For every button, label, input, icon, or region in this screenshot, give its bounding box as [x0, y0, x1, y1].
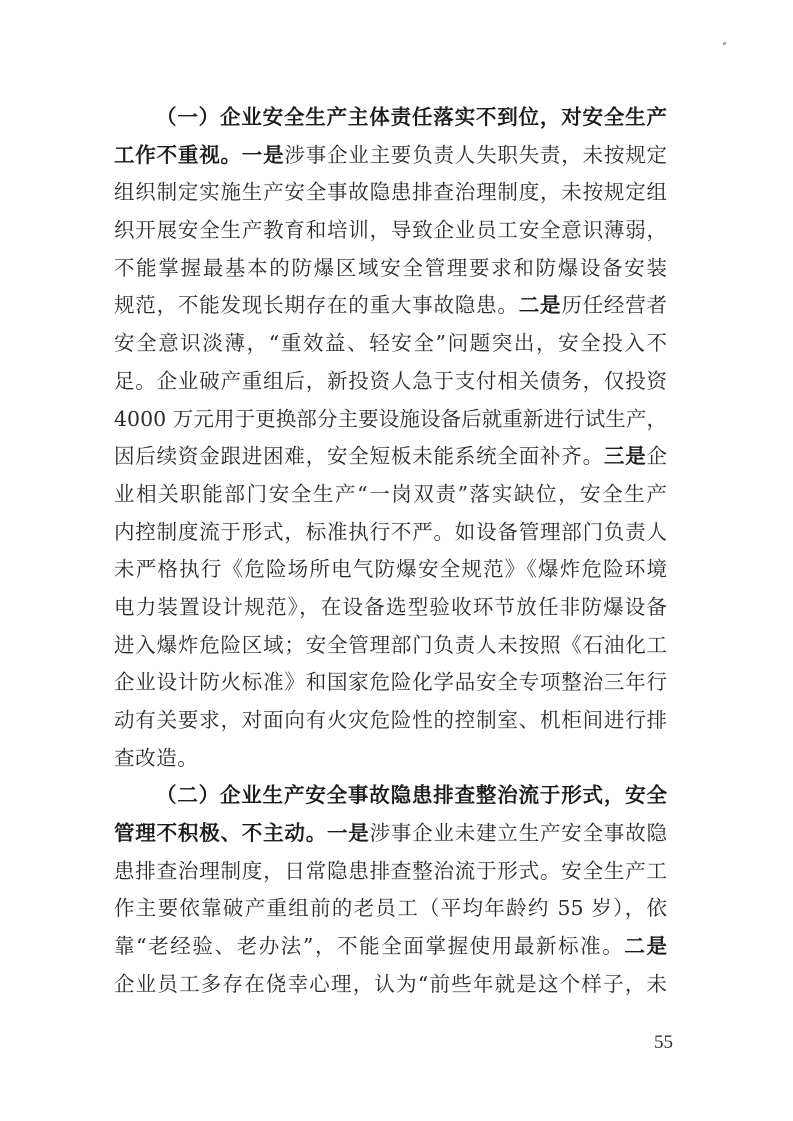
- text-segment: 电力装置设计规范》，在设备选型验收环节放任非防爆设备: [114, 595, 667, 619]
- paragraph-line: 安全意识淡薄，“重效益、轻安全”问题突出，安全投入不: [114, 325, 667, 363]
- paragraph-line: 4000 万元用于更换部分主要设施设备后就重新进行试生产，: [114, 401, 667, 439]
- text-segment: 业相关职能部门安全生产“一岗双责”落实缺位，安全生产: [114, 482, 667, 506]
- section-heading-2-cont: 管理不积极、不主动。一是: [114, 821, 370, 845]
- paragraph-line: 组织制定实施生产安全事故隐患排查治理制度，未按规定组: [114, 174, 667, 212]
- paragraph-line: 工作不重视。一是涉事企业主要负责人失职失责，未按规定: [114, 137, 667, 175]
- scan-speck: [723, 42, 726, 45]
- text-segment: 进入爆炸危险区域；安全管理部门负责人未按照《石油化工: [114, 633, 667, 657]
- text-segment: 作主要依靠破产重组前的老员工（平均年龄约 55 岁），依: [114, 896, 667, 920]
- text-segment: 靠“老经验、老办法”，不能全面掌握使用最新标准。: [114, 934, 624, 958]
- paragraph-line: 因后续资金跟进困难，安全短板未能系统全面补齐。三是企: [114, 438, 667, 476]
- text-segment: 涉事企业主要负责人失职失责，未按规定: [284, 143, 667, 167]
- section-heading-1-cont: 工作不重视。一是: [114, 143, 284, 167]
- paragraph-line: 电力装置设计规范》，在设备选型验收环节放任非防爆设备: [114, 589, 667, 627]
- text-segment: 企业设计防火标准》和国家危险化学品安全专项整治三年行: [114, 670, 667, 694]
- text-segment: 安全意识淡薄，“重效益、轻安全”问题突出，安全投入不: [114, 331, 667, 355]
- paragraph-line: 业相关职能部门安全生产“一岗双责”落实缺位，安全生产: [114, 476, 667, 514]
- document-body: （一）企业安全生产主体责任落实不到位，对安全生产 工作不重视。一是涉事企业主要负…: [114, 99, 667, 1004]
- paragraph-line-last: 查改造。: [114, 740, 667, 778]
- text-segment: 织开展安全生产教育和培训，导致企业员工安全意识薄弱，: [114, 218, 667, 242]
- paragraph-line: 内控制度流于形式，标准执行不严。如设备管理部门负责人: [114, 514, 667, 552]
- paragraph-line: 未严格执行《危险场所电气防爆安全规范》《爆炸危险环境: [114, 551, 667, 589]
- paragraph-line: 动有关要求，对面向有火灾危险性的控制室、机柜间进行排: [114, 702, 667, 740]
- paragraph-line: 不能掌握最基本的防爆区域安全管理要求和防爆设备安装: [114, 250, 667, 288]
- text-segment: 查改造。: [114, 746, 198, 770]
- paragraph-line: 患排查治理制度，日常隐患排查整治流于形式。安全生产工: [114, 853, 667, 891]
- paragraph-line: 管理不积极、不主动。一是涉事企业未建立生产安全事故隐: [114, 815, 667, 853]
- text-segment: 不能掌握最基本的防爆区域安全管理要求和防爆设备安装: [114, 256, 667, 280]
- section-heading-2: （二）企业生产安全事故隐患排查整治流于形式，安全: [156, 783, 667, 807]
- section-heading-2-line-1: （二）企业生产安全事故隐患排查整治流于形式，安全: [114, 777, 667, 815]
- text-segment: 患排查治理制度，日常隐患排查整治流于形式。安全生产工: [114, 859, 667, 883]
- text-segment: 涉事企业未建立生产安全事故隐: [370, 821, 667, 845]
- text-segment: 动有关要求，对面向有火灾危险性的控制室、机柜间进行排: [114, 708, 667, 732]
- emphasis-label: 二是: [624, 934, 667, 958]
- paragraph-line: 织开展安全生产教育和培训，导致企业员工安全意识薄弱，: [114, 212, 667, 250]
- paragraph-line: 企业设计防火标准》和国家危险化学品安全专项整治三年行: [114, 664, 667, 702]
- page-number: 55: [654, 1032, 673, 1054]
- paragraph-line: 作主要依靠破产重组前的老员工（平均年龄约 55 岁），依: [114, 890, 667, 928]
- paragraph-line: 规范，不能发现长期存在的重大事故隐患。二是历任经营者: [114, 287, 667, 325]
- text-segment: 企业员工多存在侥幸心理，认为“前些年就是这个样子，未: [114, 972, 667, 996]
- section-heading-1: （一）企业安全生产主体责任落实不到位，对安全生产: [156, 105, 667, 129]
- text-segment: 企: [647, 444, 668, 468]
- text-segment: 4000 万元用于更换部分主要设施设备后就重新进行试生产，: [114, 407, 667, 431]
- text-segment: 组织制定实施生产安全事故隐患排查治理制度，未按规定组: [114, 180, 667, 204]
- emphasis-label: 三是: [604, 444, 647, 468]
- paragraph-line: 靠“老经验、老办法”，不能全面掌握使用最新标准。二是: [114, 928, 667, 966]
- text-segment: 规范，不能发现长期存在的重大事故隐患。: [114, 293, 519, 317]
- text-segment: 因后续资金跟进困难，安全短板未能系统全面补齐。: [114, 444, 604, 468]
- text-segment: 未严格执行《危险场所电气防爆安全规范》《爆炸危险环境: [114, 557, 667, 581]
- paragraph-line: 足。企业破产重组后，新投资人急于支付相关债务，仅投资: [114, 363, 667, 401]
- text-segment: 足。企业破产重组后，新投资人急于支付相关债务，仅投资: [114, 369, 667, 393]
- section-heading-1-line-1: （一）企业安全生产主体责任落实不到位，对安全生产: [114, 99, 667, 137]
- text-segment: 内控制度流于形式，标准执行不严。如设备管理部门负责人: [114, 520, 667, 544]
- paragraph-line: 企业员工多存在侥幸心理，认为“前些年就是这个样子，未: [114, 966, 667, 1004]
- text-segment: 历任经营者: [561, 293, 667, 317]
- document-page: （一）企业安全生产主体责任落实不到位，对安全生产 工作不重视。一是涉事企业主要负…: [0, 0, 793, 1121]
- emphasis-label: 二是: [519, 293, 562, 317]
- paragraph-line: 进入爆炸危险区域；安全管理部门负责人未按照《石油化工: [114, 627, 667, 665]
